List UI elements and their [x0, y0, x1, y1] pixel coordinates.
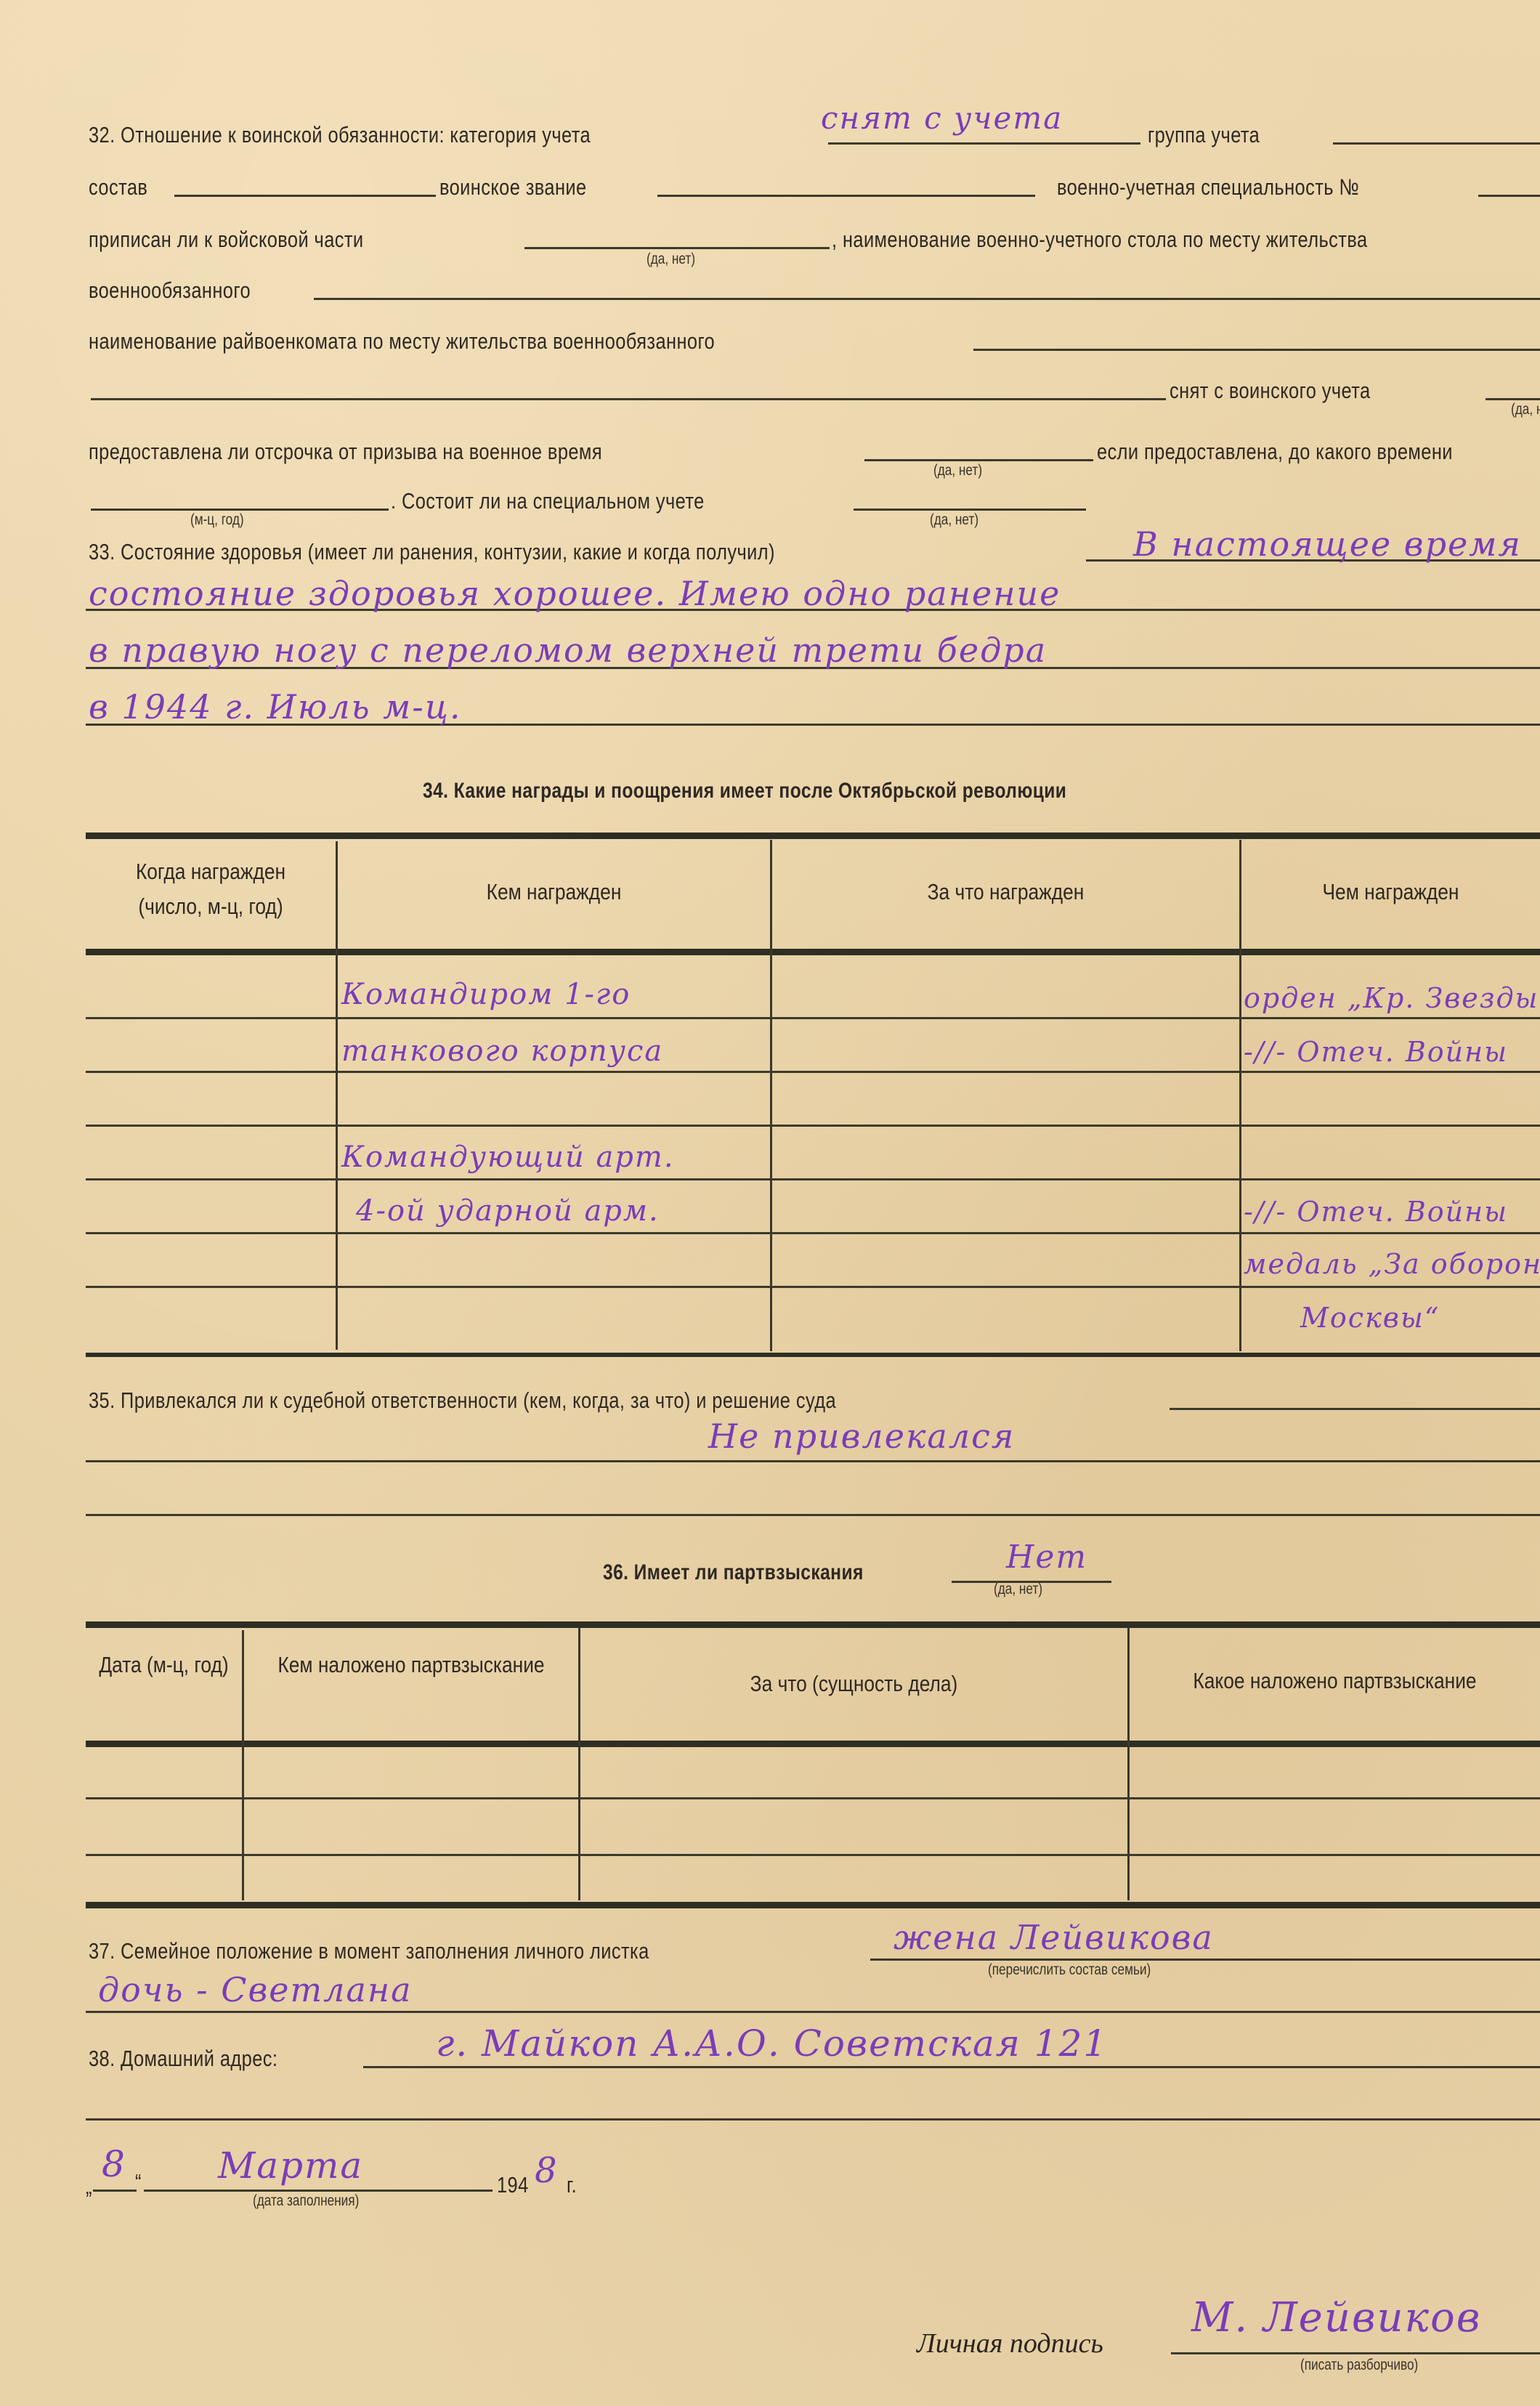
registration-desk-label: , наименование военно-учетного стола по … — [832, 227, 1368, 253]
military-category-field-line — [828, 142, 1140, 145]
military-group-field-line — [1333, 142, 1540, 145]
date-day-field-line — [93, 2190, 137, 2192]
home-address-field-line-2 — [86, 2118, 1540, 2121]
specialty-label: военно-учетная специальность № — [1057, 174, 1359, 200]
family-status-hint: (перечислить состав семьи) — [988, 1961, 1151, 1979]
deferment-hint: (да, нет) — [933, 462, 982, 479]
court-liability-value[interactable]: Не привлекался — [708, 1417, 1015, 1456]
court-liability-label: 35. Привлекался ли к судебной ответствен… — [89, 1388, 836, 1414]
award-row-4-by-whom[interactable]: Командующий арт. — [341, 1141, 675, 1174]
date-month-field-line — [144, 2190, 493, 2192]
home-address-label: 38. Домашний адрес: — [89, 2046, 277, 2072]
deferment-field-line — [864, 459, 1093, 461]
award-row-1-by-whom[interactable]: Командиром 1-го — [341, 978, 631, 1011]
family-status-value-2[interactable]: дочь - Светлана — [98, 1970, 413, 2009]
awards-header-by-whom: Кем награжден — [370, 875, 738, 910]
penalties-header-date: Дата (м-ц, год) — [97, 1648, 230, 1682]
date-close-quote: “ — [135, 2169, 142, 2195]
home-address-field-line-1 — [363, 2066, 1540, 2068]
date-day-value[interactable]: 8 — [102, 2143, 126, 2185]
special-registry-label: . Состоит ли на специальном учете — [391, 488, 705, 514]
award-row-1-award[interactable]: орден „Кр. Звезды“ — [1244, 982, 1540, 1014]
registration-desk-field-line — [314, 298, 1540, 300]
party-penalties-value[interactable]: Нет — [1006, 1539, 1087, 1576]
award-row-2-award[interactable]: -//- Отеч. Войны — [1244, 1036, 1508, 1068]
party-penalties-label: 36. Имеет ли партвзыскания — [603, 1560, 864, 1585]
registration-desk-label-cont: военнообязанного — [89, 278, 251, 304]
assigned-unit-field-line — [524, 247, 830, 249]
award-row-6-award[interactable]: медаль „За оборону — [1244, 1248, 1540, 1280]
date-month-value[interactable]: Марта — [218, 2144, 363, 2187]
military-category-label: 32. Отношение к воинской обязанности: ка… — [89, 122, 591, 148]
awards-table-bottom-border — [86, 1353, 1540, 1357]
penalties-col-divider-1 — [242, 1630, 244, 1900]
removed-from-registry-label: снят с воинского учета — [1170, 378, 1371, 404]
rvk-label: наименование райвоенкомата по месту жите… — [89, 328, 715, 355]
awards-col-divider-1 — [336, 841, 338, 1350]
signature-value[interactable]: М. Лейвиков — [1191, 2294, 1481, 2341]
party-penalties-hint: (да, нет) — [994, 1581, 1042, 1598]
family-status-field-line-1 — [870, 1959, 1540, 1961]
penalties-table-header-border — [86, 1741, 1540, 1747]
awards-header-when: Когда награжден (число, м-ц, год) — [105, 854, 317, 924]
date-year-suffix[interactable]: 8 — [535, 2150, 559, 2191]
family-status-label: 37. Семейное положение в момент заполнен… — [89, 1938, 649, 1964]
deferment-label: предоставлена ли отсрочка от призыва на … — [89, 439, 602, 465]
deferment-until-hint: (м-ц, год) — [190, 511, 244, 529]
awards-header-for-what: За что награжден — [807, 875, 1204, 910]
penalties-row-line — [86, 1854, 1540, 1856]
health-label: 33. Состояние здоровья (имеет ли ранения… — [89, 539, 775, 565]
penalties-col-divider-3 — [1127, 1627, 1130, 1900]
military-category-value[interactable]: снят с учета — [821, 100, 1063, 136]
awards-row-line — [86, 1071, 1540, 1073]
penalties-row-line — [86, 1797, 1540, 1799]
military-group-label: группа учета — [1148, 122, 1260, 148]
removed-from-registry-hint: (да, нет) — [1511, 401, 1540, 418]
family-status-value-1[interactable]: жена Лейвикова — [893, 1918, 1214, 1957]
assigned-unit-label: приписан ли к войсковой части — [89, 227, 364, 253]
removed-from-registry-field-line — [1486, 398, 1540, 400]
date-year-unit: г. — [567, 2172, 577, 2198]
awards-row-line — [86, 1017, 1540, 1019]
court-liability-field-line-2 — [86, 1460, 1540, 1462]
awards-col-divider-3 — [1239, 840, 1241, 1351]
date-open-quote: „ — [86, 2174, 92, 2200]
penalties-table-top-border — [86, 1621, 1540, 1628]
signature-field-line — [1171, 2352, 1540, 2354]
penalties-header-by-whom: Кем наложено партвзыскание — [269, 1648, 554, 1682]
penalties-header-for-what: За что (сущность дела) — [621, 1666, 1086, 1701]
deferment-until-field-line — [91, 509, 389, 511]
awards-row-line — [86, 1286, 1540, 1288]
health-value-line-1[interactable]: В настоящее время — [1133, 524, 1522, 564]
awards-row-line — [86, 1232, 1540, 1234]
rank-field-line — [657, 195, 1035, 197]
award-row-5-award[interactable]: -//- Отеч. Войны — [1244, 1196, 1508, 1228]
rank-label: воинское звание — [439, 174, 587, 200]
rvk-field-line-1 — [973, 349, 1540, 351]
special-registry-hint: (да, нет) — [930, 511, 978, 529]
award-row-5-by-whom[interactable]: 4-ой ударной арм. — [356, 1194, 660, 1228]
awards-header-award: Чем награжден — [1264, 875, 1517, 910]
health-value-line-3[interactable]: в правую ногу с переломом верхней трети … — [89, 631, 1047, 670]
assigned-unit-hint: (да, нет) — [647, 251, 695, 268]
rvk-field-line-2 — [91, 398, 1166, 400]
penalties-col-divider-2 — [578, 1627, 580, 1900]
health-value-line-2[interactable]: состояние здоровья хорошее. Имею одно ра… — [89, 574, 1061, 613]
health-value-line-4[interactable]: в 1944 г. Июль м-ц. — [89, 687, 462, 726]
composition-label: состав — [89, 174, 147, 200]
awards-row-line — [86, 1125, 1540, 1127]
penalties-table-bottom-border — [86, 1902, 1540, 1908]
awards-title: 34. Какие награды и поощрения имеет посл… — [423, 779, 1066, 803]
date-year-prefix: 194 — [497, 2172, 529, 2198]
award-row-7-award[interactable]: Москвы“ — [1300, 1302, 1440, 1334]
awards-table-top-border — [86, 833, 1540, 839]
awards-table-header-border — [86, 949, 1540, 955]
specialty-field-line — [1478, 195, 1540, 197]
signature-hint: (писать разборчиво) — [1300, 2357, 1418, 2374]
penalties-header-penalty: Какое наложено партвзыскание — [1160, 1664, 1509, 1698]
court-liability-field-line-3 — [86, 1514, 1540, 1516]
family-status-field-line-2 — [86, 2011, 1540, 2013]
date-hint: (дата заполнения) — [253, 2192, 359, 2210]
award-row-2-by-whom[interactable]: танкового корпуса — [341, 1034, 663, 1068]
home-address-value[interactable]: г. Майкоп А.А.О. Советская 121 — [436, 2022, 1108, 2065]
signature-label: Личная подпись — [917, 2328, 1103, 2360]
special-registry-field-line — [854, 509, 1086, 511]
court-liability-field-line-1 — [1170, 1408, 1540, 1410]
awards-col-divider-2 — [770, 840, 772, 1351]
composition-field-line — [174, 195, 436, 197]
deferment-until-label: если предоставлена, до какого времени — [1097, 439, 1453, 465]
awards-row-line — [86, 1178, 1540, 1180]
